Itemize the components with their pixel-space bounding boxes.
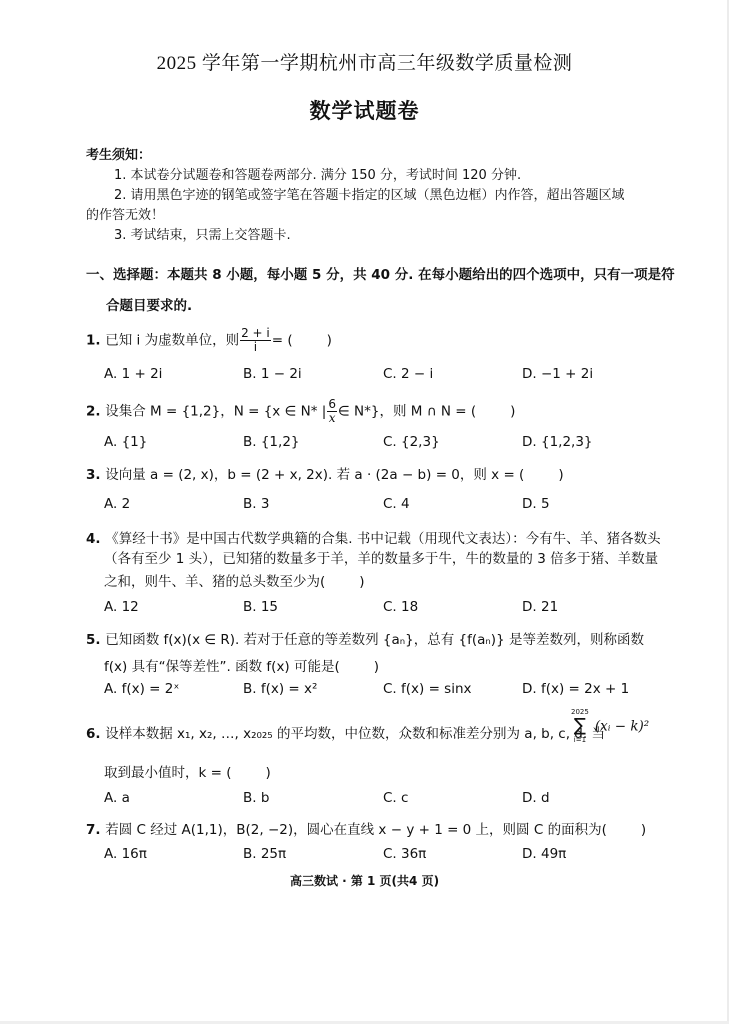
sigma-symbol: 2025∑i=1 xyxy=(571,707,589,745)
option-b: B. 15 xyxy=(243,599,278,615)
question-number: 5. xyxy=(86,632,101,648)
question-stem-continued: 之和，则牛、羊、猪的总头数至少为() xyxy=(104,570,365,590)
question-stem-continued: （各有至少 1 头），已知猪的数量多于羊，羊的数量多于牛，牛的数量的 3 倍多于… xyxy=(104,547,658,567)
option-b: B. 1 − 2i xyxy=(243,366,302,382)
option-b: B. 25π xyxy=(243,846,286,862)
question-stem-continued: 取到最小值时，k = () xyxy=(104,761,271,781)
question-stem: 设集合 M = {1,2}，N = {x ∈ N* | xyxy=(105,404,326,420)
question-7: 7. 若圆 C 经过 A(1,1)，B(2, −2)，圆心在直线 x − y +… xyxy=(86,818,646,838)
notice-item: 3. 考试结束，只需上交答题卡. xyxy=(114,226,291,246)
exam-title: 2025 学年第一学期杭州市高三年级数学质量检测 xyxy=(0,48,729,75)
option-a: A. 1 + 2i xyxy=(104,366,162,382)
paper-title: 数学试题卷 xyxy=(0,95,729,125)
question-stem: 设向量 a = (2, x)，b = (2 + x, 2x). 若 a · (2… xyxy=(105,467,524,483)
summation: 2025∑i=1(xᵢ − k)² xyxy=(565,707,649,745)
question-3: 3. 设向量 a = (2, x)，b = (2 + x, 2x). 若 a ·… xyxy=(86,463,564,483)
option-c: C. c xyxy=(383,790,408,806)
question-number: 1. xyxy=(86,333,101,349)
option-c: C. f(x) = sinx xyxy=(383,681,472,697)
question-number: 7. xyxy=(86,822,101,838)
option-d: D. f(x) = 2x + 1 xyxy=(522,681,629,697)
question-stem: 已知函数 f(x)(x ∈ R). 若对于任意的等差数列 {aₙ}，总有 {f(… xyxy=(105,632,644,648)
question-stem: 《算经十书》是中国古代数学典籍的合集. 书中记载（用现代文表达）：今有牛、羊、猪… xyxy=(105,531,660,547)
notice-item: 2. 请用黑色字迹的钢笔或签字笔在答题卡指定的区域（黑色边框）内作答，超出答题区… xyxy=(114,186,625,206)
question-6: 6. 设样本数据 x₁, x₂, …, x₂₀₂₅ 的平均数，中位数，众数和标准… xyxy=(86,722,605,742)
notice-heading: 考生须知： xyxy=(86,146,151,166)
question-5: 5. 已知函数 f(x)(x ∈ R). 若对于任意的等差数列 {aₙ}，总有 … xyxy=(86,628,644,648)
notice-item: 1. 本试卷分试题卷和答题卷两部分. 满分 150 分，考试时间 120 分钟. xyxy=(114,166,521,186)
option-b: B. 3 xyxy=(243,496,269,512)
option-b: B. b xyxy=(243,790,269,806)
option-d: D. {1,2,3} xyxy=(522,434,593,450)
fraction: 6x xyxy=(327,398,337,425)
option-a: A. 16π xyxy=(104,846,147,862)
question-stem: 已知 i 为虚数单位，则 xyxy=(105,333,239,349)
option-c: C. {2,3} xyxy=(383,434,440,450)
option-c: C. 2 − i xyxy=(383,366,433,382)
option-d: D. −1 + 2i xyxy=(522,366,593,382)
option-a: A. 12 xyxy=(104,599,139,615)
question-1: 1. 已知 i 为虚数单位，则2 + ii= () xyxy=(86,327,332,354)
question-stem: 设样本数据 x₁, x₂, …, x₂₀₂₅ 的平均数，中位数，众数和标准差分别… xyxy=(105,726,605,742)
section-heading-text: 一、选择题：本题共 8 小题，每小题 5 分，共 40 分. 在每小题给出的四个… xyxy=(86,267,675,283)
option-b: B. {1,2} xyxy=(243,434,300,450)
section-heading-continued: 合题目要求的. xyxy=(106,294,192,314)
option-a: A. f(x) = 2ˣ xyxy=(104,681,179,697)
notice-item: 的作答无效！ xyxy=(86,206,164,226)
option-c: C. 4 xyxy=(383,496,410,512)
question-4: 4. 《算经十书》是中国古代数学典籍的合集. 书中记载（用现代文表达）：今有牛、… xyxy=(86,527,661,547)
option-b: B. f(x) = x² xyxy=(243,681,317,697)
question-number: 4. xyxy=(86,531,101,547)
section-heading: 一、选择题：本题共 8 小题，每小题 5 分，共 40 分. 在每小题给出的四个… xyxy=(86,263,675,283)
option-d: D. 21 xyxy=(522,599,558,615)
option-a: A. {1} xyxy=(104,434,147,450)
question-number: 3. xyxy=(86,467,101,483)
option-a: A. a xyxy=(104,790,130,806)
question-number: 6. xyxy=(86,726,101,742)
option-d: D. d xyxy=(522,790,550,806)
page-footer: 高三数试 · 第 1 页(共4 页) xyxy=(0,872,729,889)
option-a: A. 2 xyxy=(104,496,130,512)
section-heading-text: 合题目要求的. xyxy=(106,298,192,314)
option-d: D. 5 xyxy=(522,496,550,512)
question-stem: 若圆 C 经过 A(1,1)，B(2, −2)，圆心在直线 x − y + 1 … xyxy=(105,822,607,838)
fraction: 2 + ii xyxy=(240,327,271,354)
question-stem-continued: f(x) 具有“保等差性”. 函数 f(x) 可能是() xyxy=(104,655,379,675)
question-2: 2. 设集合 M = {1,2}，N = {x ∈ N* |6x∈ N*}，则 … xyxy=(86,398,515,425)
question-number: 2. xyxy=(86,404,101,420)
option-c: C. 36π xyxy=(383,846,426,862)
summation-term: (xᵢ − k)² xyxy=(595,719,649,735)
option-c: C. 18 xyxy=(383,599,418,615)
option-d: D. 49π xyxy=(522,846,566,862)
